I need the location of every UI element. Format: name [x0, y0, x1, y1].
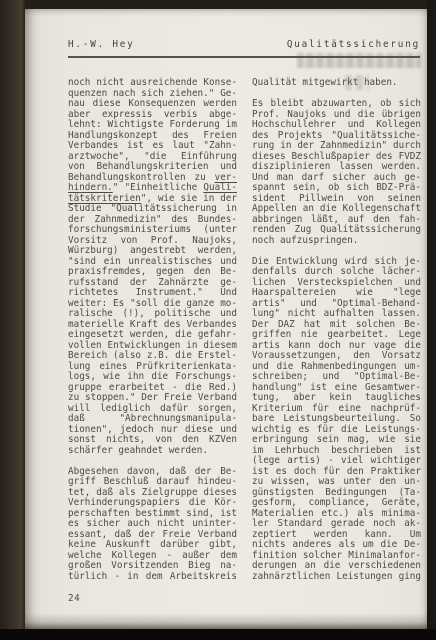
text-line: türlich - in dem Arbeitskreis	[68, 572, 237, 583]
text-line: forschungsministeriums (unter	[68, 225, 237, 236]
text-line: disziplinieren lassen werden.	[252, 162, 421, 173]
left-column: noch nicht ausreichende Konse-quenzen na…	[68, 78, 237, 582]
text-line: richtetes Instrument." Und	[68, 288, 237, 299]
text-line: Qualität mitgewirkt haben.	[252, 78, 421, 89]
text-line: nau diese Konsequenzen werden	[68, 99, 237, 110]
text-line: daß "Abrechnungsmanipula-	[68, 414, 237, 425]
text-line: zahnärztlichen Leistungen ging	[252, 572, 421, 583]
text-line: lehnt: Wichtigste Forderung im	[68, 120, 237, 131]
text-line: schärfer geahndet werden.	[68, 446, 237, 457]
text-line: zu wissen, was unter den un-	[252, 477, 421, 488]
scan-edge-bottom	[0, 629, 436, 640]
text-line: eingesetzt werden, die gefahr-	[68, 330, 237, 341]
text-line: Studie "Qualitätssicherung in	[68, 204, 237, 215]
text-line: griffen nie gearbeitet. Lege	[252, 330, 421, 341]
scan-edge-left	[0, 0, 25, 640]
text-line: Appellen an die Kollegenschaft	[252, 204, 421, 215]
text-line	[68, 456, 237, 467]
text-line: erbringung sein mag, wie sie	[252, 435, 421, 446]
text-line: keine Auskunft darüber gibt,	[68, 540, 237, 551]
text-line: ralische (!), politische und	[68, 309, 237, 320]
scanned-page: H.-W. Hey Qualitätssicherung noch nicht …	[0, 0, 436, 640]
header-title: Qualitätssicherung	[287, 39, 420, 51]
text-line: Bereich (also z.B. die Erstel-	[68, 351, 237, 362]
text-line: spannt sein, ob sich BDZ-Prä-	[252, 183, 421, 194]
text-line: schreiben; und "Optimal-Be-	[252, 372, 421, 383]
text-line: Hochschullehrer und Kollegen	[252, 120, 421, 131]
text-line: Verbandes ist es laut "Zahn-	[68, 141, 237, 152]
text-line: denfalls durch solche lächer-	[252, 267, 421, 278]
text-line: renden Zug Qualitätssicherung	[252, 225, 421, 236]
text-line: logs, wie ihn die Forschungs-	[68, 372, 237, 383]
text-line: (lege artis) - viel wichtiger	[252, 456, 421, 467]
text-line: griff Beschluß darauf hindeu-	[68, 477, 237, 488]
text-line: großen Vorsitzenden Bieg na-	[68, 561, 237, 572]
text-line: ler Standard gerade noch ak-	[252, 519, 421, 530]
page-header: H.-W. Hey Qualitätssicherung	[68, 39, 420, 51]
paper-page: H.-W. Hey Qualitätssicherung noch nicht …	[25, 9, 427, 629]
text-line: sonst nichts, von den KZVen	[68, 435, 237, 446]
text-line: zu stoppen." Der Freie Verband	[68, 393, 237, 404]
right-column: Qualität mitgewirkt haben.Es bleibt abzu…	[252, 78, 421, 582]
text-line: Verhinderungspapiers die Kör-	[68, 498, 237, 509]
text-line: Würzburg) angestrebt werden,	[68, 246, 237, 257]
text-line: praxisfremdes, gegen den Be-	[68, 267, 237, 278]
text-line	[252, 246, 421, 257]
page-number: 24	[68, 593, 80, 604]
text-line: noch nicht ausreichende Konse-	[68, 78, 237, 89]
scan-edge-right	[427, 0, 436, 640]
text-line: es sicher auch nicht uninter-	[68, 519, 237, 530]
text-line: noch aufzuspringen.	[252, 236, 421, 247]
text-line: Es bleibt abzuwarten, ob sich	[252, 99, 421, 110]
scan-edge-top	[0, 0, 436, 9]
text-line: Haarspaltereien wie "lege	[252, 288, 421, 299]
header-rule	[68, 56, 420, 58]
text-line: rung in der Zahnmedizin" durch	[252, 141, 421, 152]
header-author: H.-W. Hey	[68, 39, 135, 51]
text-line: lung" nicht aufhalten lassen.	[252, 309, 421, 320]
text-line: derungen an die verschiedenen	[252, 561, 421, 572]
text-line: bare Leistungsbeurteilung. So	[252, 414, 421, 425]
text-line: tung, aber kein taugliches	[252, 393, 421, 404]
text-line: nichts anderes als um die De-	[252, 540, 421, 551]
text-line: gesform, compliance, Geräte,	[252, 498, 421, 509]
text-line: Voraussetzungen, den Vorsatz	[252, 351, 421, 362]
